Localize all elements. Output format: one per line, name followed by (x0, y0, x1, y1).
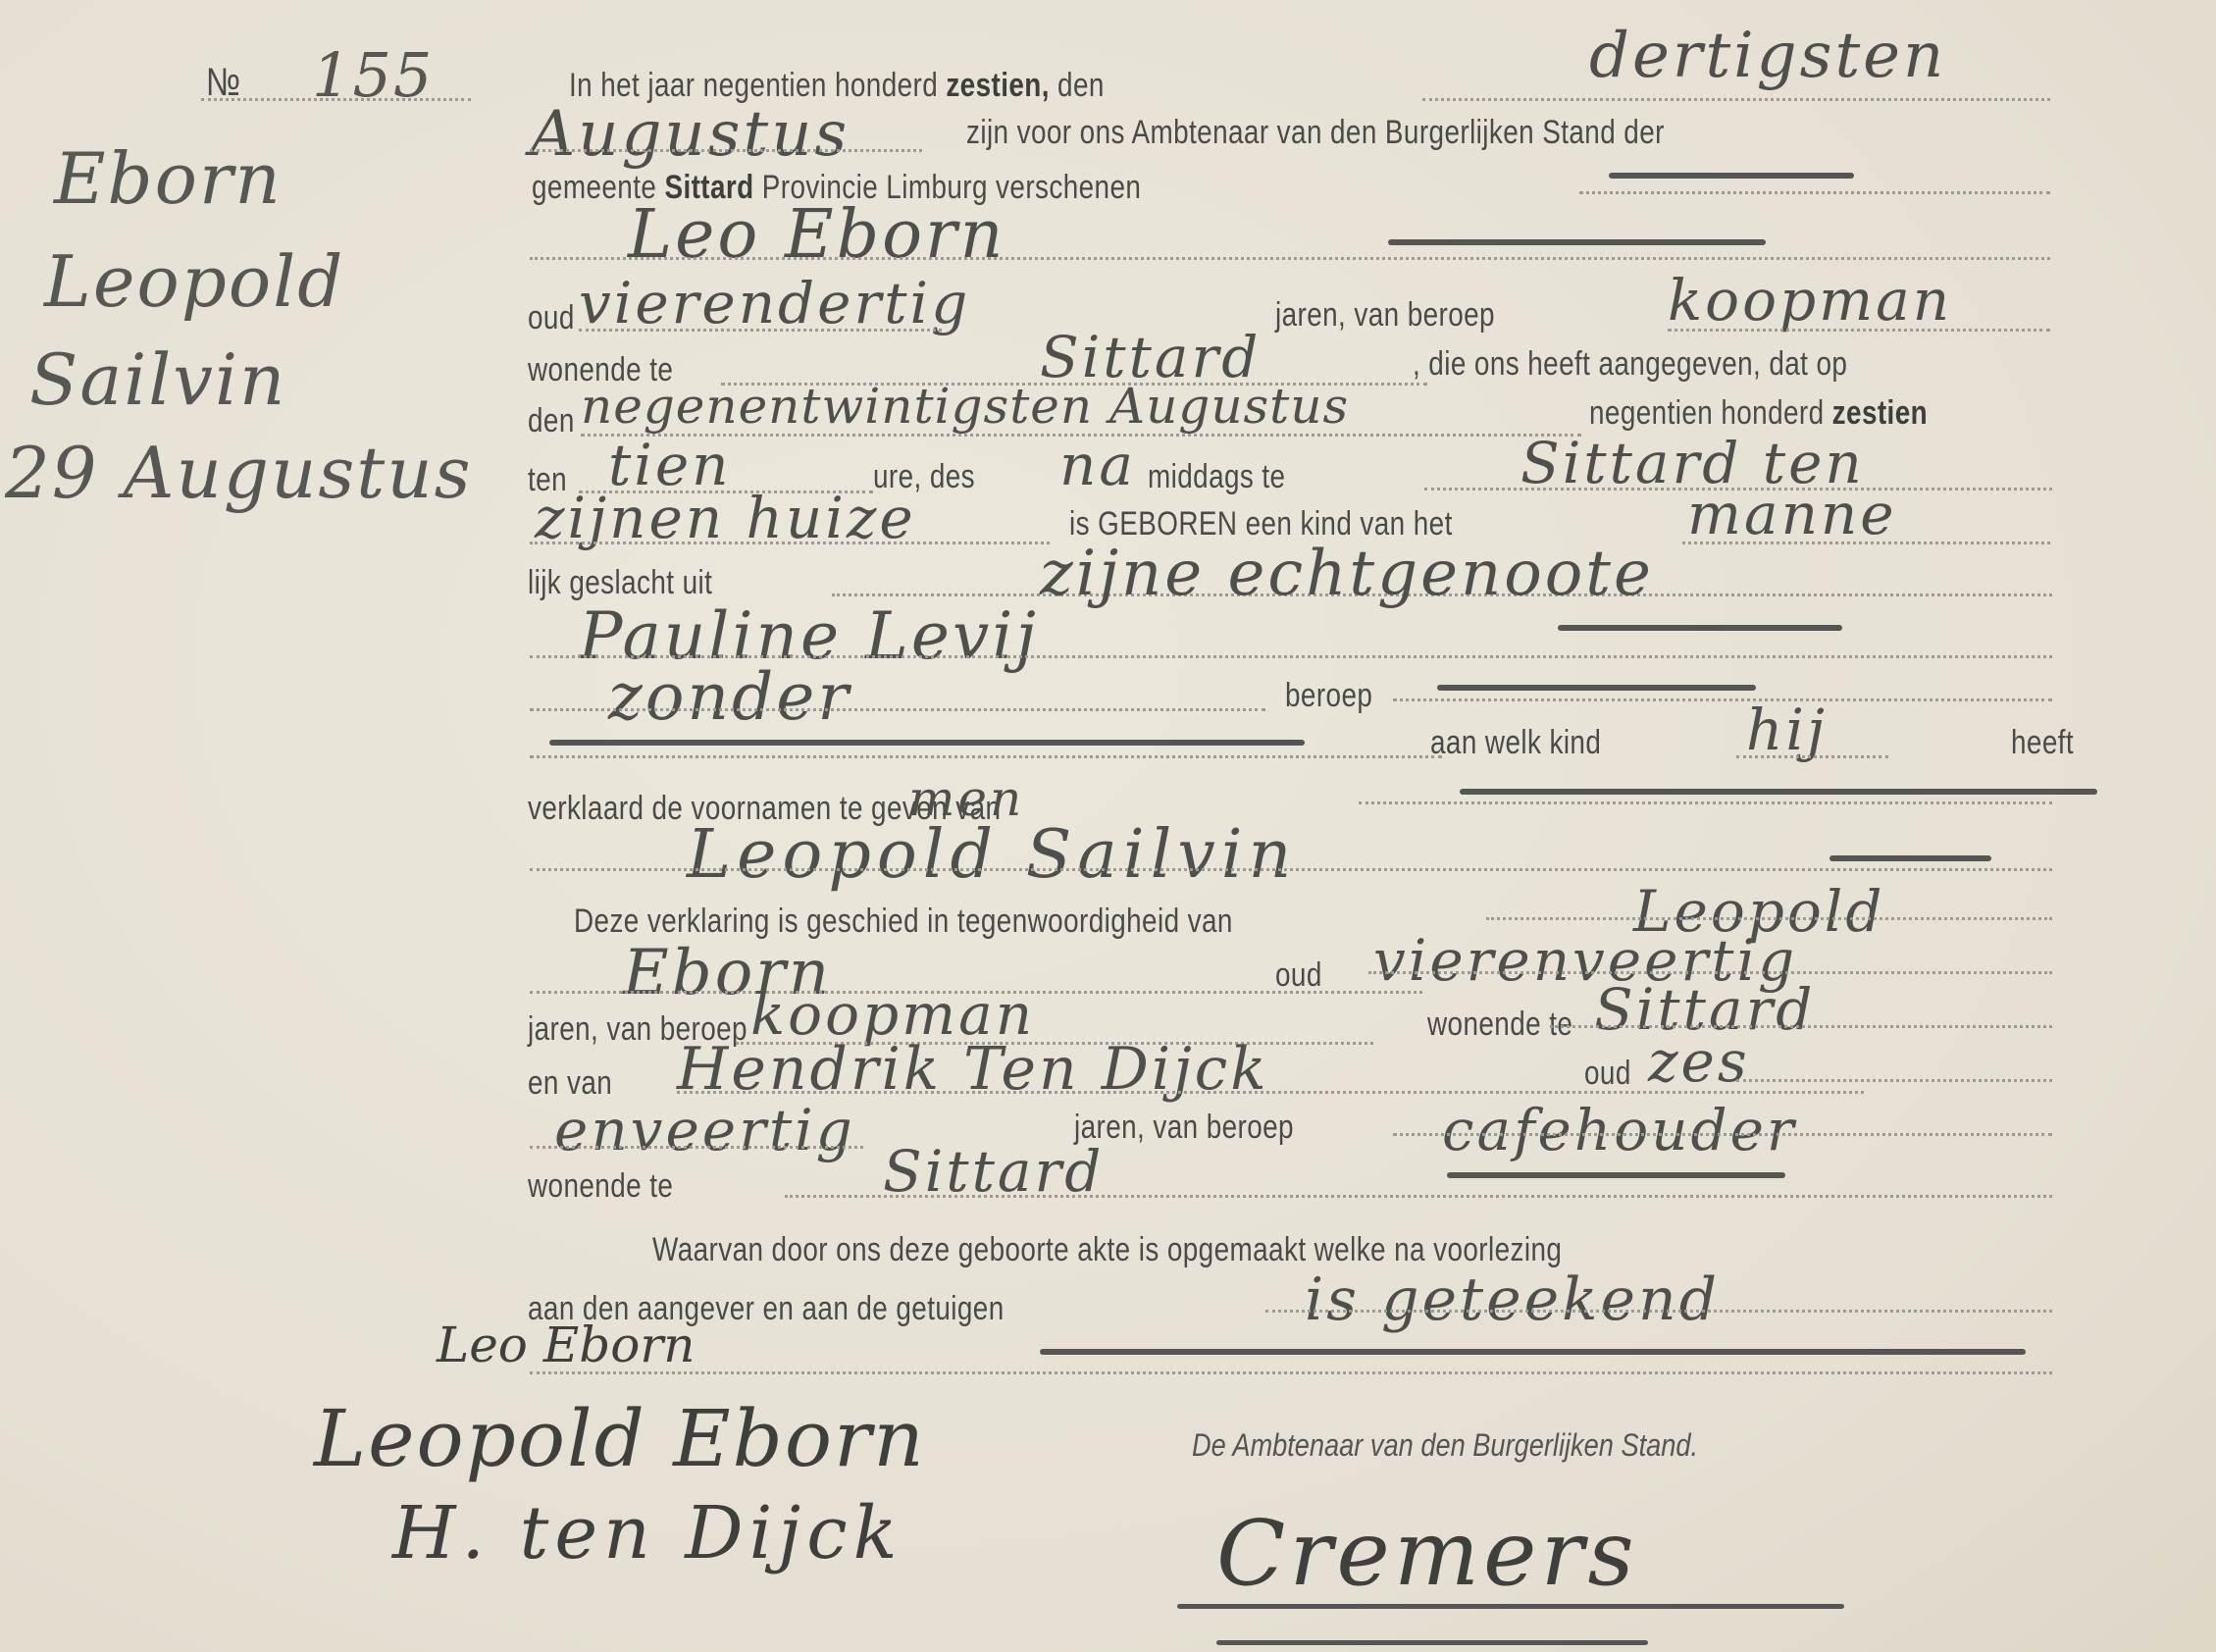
dotted-line (1368, 971, 2052, 974)
dotted-line (530, 1371, 2052, 1374)
printed-den: den (528, 402, 575, 440)
margin-surname: Eborn (54, 137, 283, 220)
strike-bar (1609, 173, 1854, 179)
signature-official: Cremers (1216, 1501, 1638, 1606)
dotted-line (1550, 1025, 2052, 1028)
hw-mother-relation: zijne echtgenoote (1040, 538, 1654, 610)
printed-oud-3: oud (1584, 1055, 1631, 1093)
hw-month: Augustus (530, 98, 850, 171)
printed-line-2: zijn voor ons Ambtenaar van den Burgerli… (966, 114, 1665, 152)
strike-bar (1447, 1172, 1785, 1178)
dotted-line (1736, 1079, 2052, 1082)
printed-jaren-beroep-3: jaren, van beroep (1074, 1109, 1294, 1147)
dotted-line (579, 329, 942, 332)
printed-oud: oud (528, 299, 575, 337)
printed-line-7: negentien honderd zestien (1589, 394, 1928, 433)
dotted-line (530, 755, 1442, 758)
dotted-line (530, 655, 2052, 658)
printed-line-16: Deze verklaring is geschied in tegenwoor… (574, 903, 1233, 941)
strike-bar (549, 740, 1305, 746)
hw-declarant-age: vierendertig (579, 270, 970, 336)
dotted-line (530, 868, 2052, 871)
margin-given-name-1: Leopold (44, 240, 344, 323)
printed-aan-welk-kind: aan welk kind (1430, 724, 1601, 762)
printed-jaren-beroep: jaren, van beroep (1275, 296, 1495, 335)
dotted-line (1682, 542, 2050, 544)
hw-day: dertigsten (1589, 20, 1946, 92)
dotted-line (1668, 329, 2050, 332)
strike-bar (1829, 855, 1991, 861)
dotted-line (530, 257, 2050, 260)
strike-bar (1437, 685, 1756, 691)
dotted-line (1393, 1133, 2052, 1136)
dotted-line (1422, 98, 2050, 101)
strike-bar (1040, 1349, 2026, 1355)
strike-bar (1388, 239, 1766, 245)
hw-witness2-age-b: enveertig (554, 1097, 855, 1163)
printed-line-10: lijk geslacht uit (528, 564, 712, 602)
hw-child-ref: hij (1746, 697, 1828, 763)
dotted-line (530, 149, 922, 152)
printed-line-6: , die ons heeft aangegeven, dat op (1413, 345, 1847, 384)
dotted-line (530, 542, 1050, 544)
strike-bar (1460, 789, 2097, 795)
margin-given-name-2: Sailvin (29, 338, 286, 421)
hw-witness2-age-a: zes (1648, 1028, 1750, 1095)
dotted-line (1393, 698, 2052, 701)
margin-birth-date: 29 Augustus (5, 432, 473, 514)
dotted-line (201, 98, 471, 101)
hw-witness2-occupation: cafehouder (1442, 1097, 1797, 1163)
printed-line-22: Waarvan door ons deze geboorte akte is o… (652, 1231, 1562, 1269)
dotted-line (530, 708, 1265, 711)
hw-birth-date: negenentwintigsten Augustus (581, 378, 1349, 435)
dotted-line (1359, 801, 2052, 804)
printed-heeft: heeft (2011, 724, 2074, 762)
signature-underline (1216, 1640, 1648, 1645)
signature-witness-2: H. ten Dijck (392, 1491, 903, 1575)
hw-mother-occupation: zonder (608, 659, 851, 735)
printed-beroep: beroep (1285, 677, 1372, 715)
dotted-line (1265, 1310, 2052, 1313)
dotted-line (1486, 917, 2052, 920)
hw-declarant-name: Leo Eborn (628, 196, 1005, 274)
hw-signed: is geteekend (1305, 1265, 1720, 1334)
dotted-line (1579, 191, 2050, 194)
printed-oud-2: oud (1275, 956, 1322, 995)
dotted-line (785, 1195, 2052, 1198)
hw-birth-period: na (1059, 432, 1136, 498)
signature-underline (1177, 1604, 1844, 1609)
hw-child-names: Leopold Sailvin (687, 816, 1297, 894)
printed-wonende-te-3: wonende te (528, 1167, 673, 1206)
hw-declarant-occupation: koopman (1668, 267, 1952, 334)
signature-witness-1: Leopold Eborn (314, 1393, 926, 1484)
signature-declarant: Leo Eborn (437, 1316, 696, 1373)
strike-bar (1558, 625, 1842, 631)
dotted-line (530, 1146, 863, 1149)
printed-middags-te: middags te (1148, 458, 1285, 496)
hw-sex: manne (1687, 481, 1897, 547)
scanned-birth-certificate: № 155 Eborn Leopold Sailvin 29 Augustus … (0, 0, 2216, 1652)
dotted-line (1736, 755, 1888, 758)
official-title: De Ambtenaar van den Burgerlijken Stand. (1192, 1427, 1698, 1464)
